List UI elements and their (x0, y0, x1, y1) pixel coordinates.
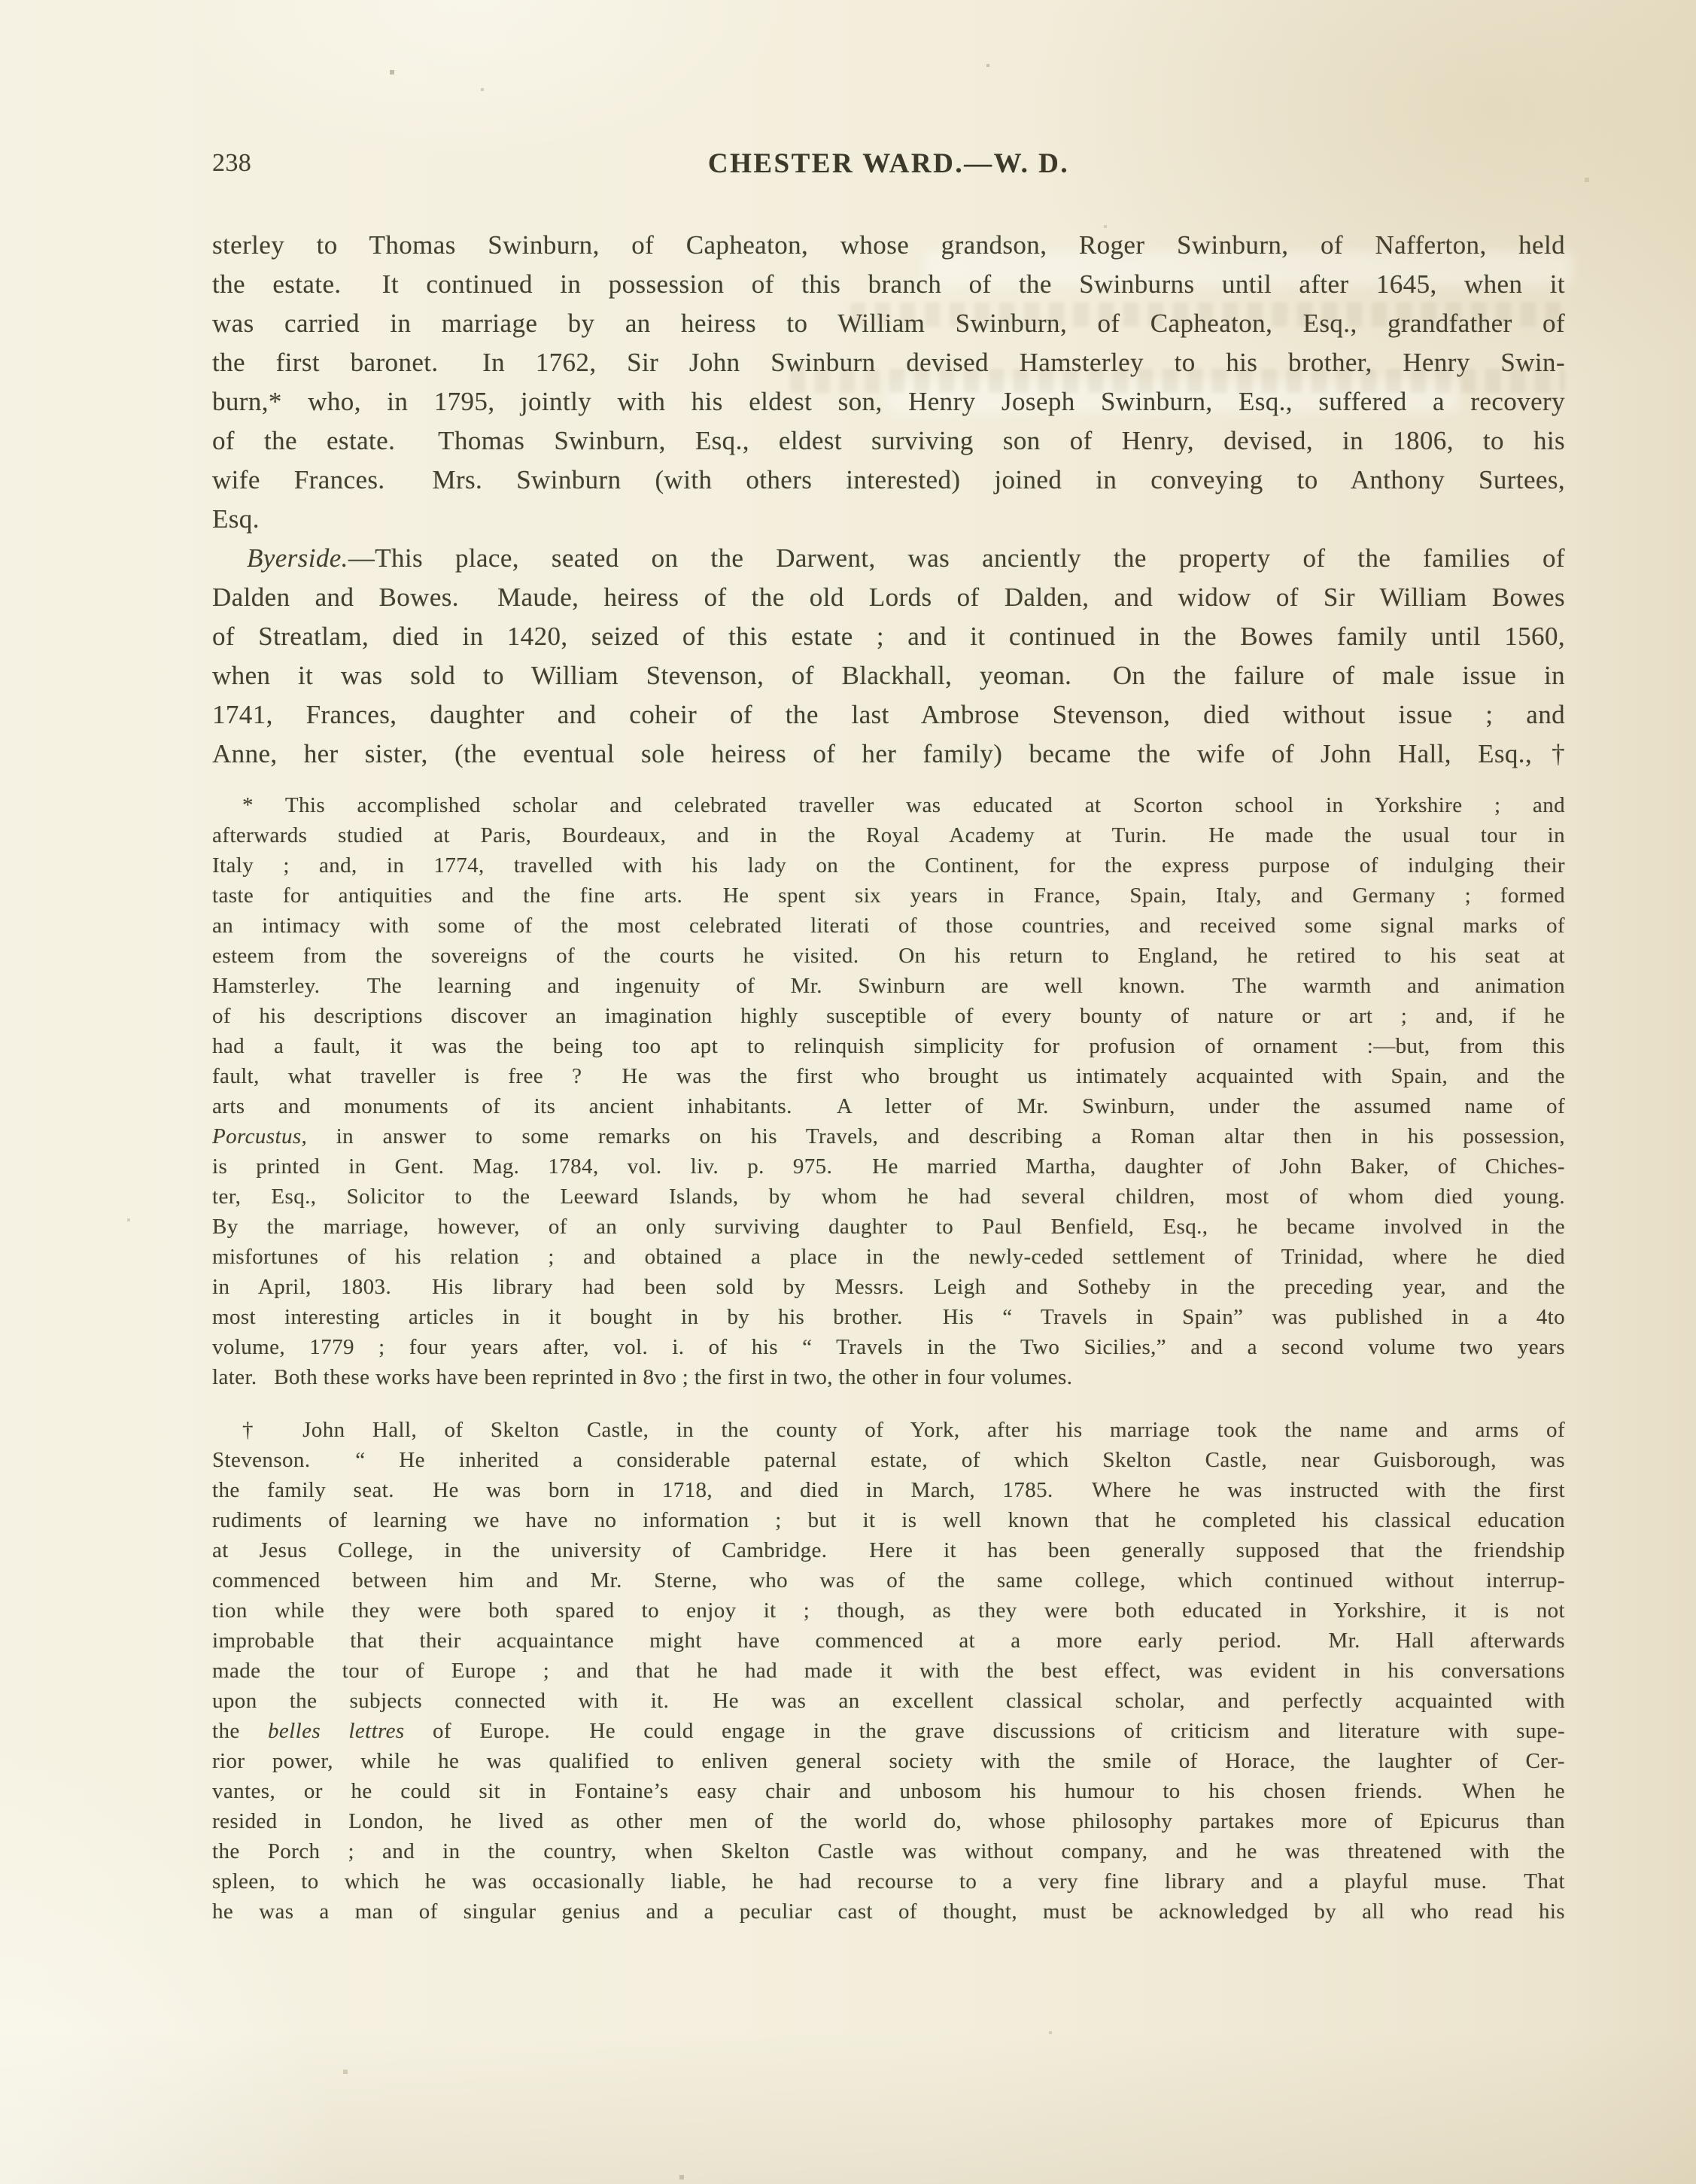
book-page-scan: 238 CHESTER WARD.—W. D. sterley to Thoma… (0, 0, 1696, 2184)
text-line: of his descriptions discover an imaginat… (212, 1001, 1565, 1031)
text-line: made the tour of Europe ; and that he ha… (212, 1656, 1565, 1686)
text-line: commenced between him and Mr. Sterne, wh… (212, 1565, 1565, 1595)
text-line: improbable that their acquaintance might… (212, 1626, 1565, 1656)
text-line: Dalden and Bowes. Maude, heiress of the … (212, 578, 1565, 617)
text-line: of Streatlam, died in 1420, seized of th… (212, 617, 1565, 656)
page-number: 238 (212, 149, 251, 178)
text-line: the belles lettres of Europe. He could e… (212, 1716, 1565, 1746)
text-line: Stevenson. “ He inherited a considerable… (212, 1445, 1565, 1475)
paragraph-byerside: Byerside.—This place, seated on the Darw… (212, 539, 1565, 774)
text-line: * This accomplished scholar and celebrat… (212, 790, 1565, 820)
text-line: taste for antiquities and the fine arts.… (212, 881, 1565, 911)
text-line: an intimacy with some of the most celebr… (212, 911, 1565, 941)
text-line: the first baronet. In 1762, Sir John Swi… (212, 343, 1565, 382)
text-line: 1741, Frances, daughter and coheir of th… (212, 695, 1565, 735)
text-line: had a fault, it was the being too apt to… (212, 1031, 1565, 1061)
text-line: spleen, to which he was occasionally lia… (212, 1866, 1565, 1897)
page-header: 238 CHESTER WARD.—W. D. (212, 148, 1565, 179)
text-line: resided in London, he lived as other men… (212, 1806, 1565, 1836)
running-header-title: CHESTER WARD.—W. D. (212, 148, 1565, 180)
text-line: most interesting articles in it bought i… (212, 1302, 1565, 1332)
text-line: the family seat. He was born in 1718, an… (212, 1475, 1565, 1505)
text-line: tion while they were both spared to enjo… (212, 1595, 1565, 1626)
text-line: wife Frances. Mrs. Swinburn (with others… (212, 461, 1565, 500)
text-line: ter, Esq., Solicitor to the Leeward Isla… (212, 1182, 1565, 1212)
text-line: upon the subjects connected with it. He … (212, 1686, 1565, 1716)
text-line: he was a man of singular genius and a pe… (212, 1897, 1565, 1927)
text-line: was carried in marriage by an heiress to… (212, 304, 1565, 343)
text-line: of the estate. Thomas Swinburn, Esq., el… (212, 421, 1565, 461)
text-line: fault, what traveller is free ? He was t… (212, 1061, 1565, 1091)
text-line: Byerside.—This place, seated on the Darw… (212, 539, 1565, 578)
text-line: Anne, her sister, (the eventual sole hei… (212, 735, 1565, 774)
page-content: 238 CHESTER WARD.—W. D. sterley to Thoma… (212, 148, 1565, 1927)
text-line: later. Both these works have been reprin… (212, 1362, 1565, 1392)
text-line: the estate. It continued in possession o… (212, 265, 1565, 304)
text-line: vantes, or he could sit in Fontaine’s ea… (212, 1776, 1565, 1806)
paragraph-hamsterley-continuation: sterley to Thomas Swinburn, of Capheaton… (212, 226, 1565, 539)
text-line: Porcustus, in answer to some remarks on … (212, 1121, 1565, 1151)
main-text: sterley to Thomas Swinburn, of Capheaton… (212, 226, 1565, 774)
footnote-dagger: † John Hall, of Skelton Castle, in the c… (212, 1415, 1565, 1927)
text-line: By the marriage, however, of an only sur… (212, 1212, 1565, 1242)
text-line: † John Hall, of Skelton Castle, in the c… (212, 1415, 1565, 1445)
text-line: rior power, while he was qualified to en… (212, 1746, 1565, 1776)
dust-specks (0, 0, 2, 2)
text-line: Esq. (212, 500, 1565, 539)
text-line: Italy ; and, in 1774, travelled with his… (212, 850, 1565, 881)
footnote-asterisk: * This accomplished scholar and celebrat… (212, 790, 1565, 1392)
text-line: when it was sold to William Stevenson, o… (212, 656, 1565, 695)
text-line: Hamsterley. The learning and ingenuity o… (212, 971, 1565, 1001)
text-line: rudiments of learning we have no informa… (212, 1505, 1565, 1535)
text-line: the Porch ; and in the country, when Ske… (212, 1836, 1565, 1866)
text-line: in April, 1803. His library had been sol… (212, 1272, 1565, 1302)
text-line: esteem from the sovereigns of the courts… (212, 941, 1565, 971)
text-line: burn,* who, in 1795, jointly with his el… (212, 382, 1565, 421)
text-line: sterley to Thomas Swinburn, of Capheaton… (212, 226, 1565, 265)
text-line: arts and monuments of its ancient inhabi… (212, 1091, 1565, 1121)
text-line: misfortunes of his relation ; and obtain… (212, 1242, 1565, 1272)
text-line: at Jesus College, in the university of C… (212, 1535, 1565, 1565)
text-line: volume, 1779 ; four years after, vol. i.… (212, 1332, 1565, 1362)
text-line: is printed in Gent. Mag. 1784, vol. liv.… (212, 1151, 1565, 1182)
text-line: afterwards studied at Paris, Bourdeaux, … (212, 820, 1565, 850)
